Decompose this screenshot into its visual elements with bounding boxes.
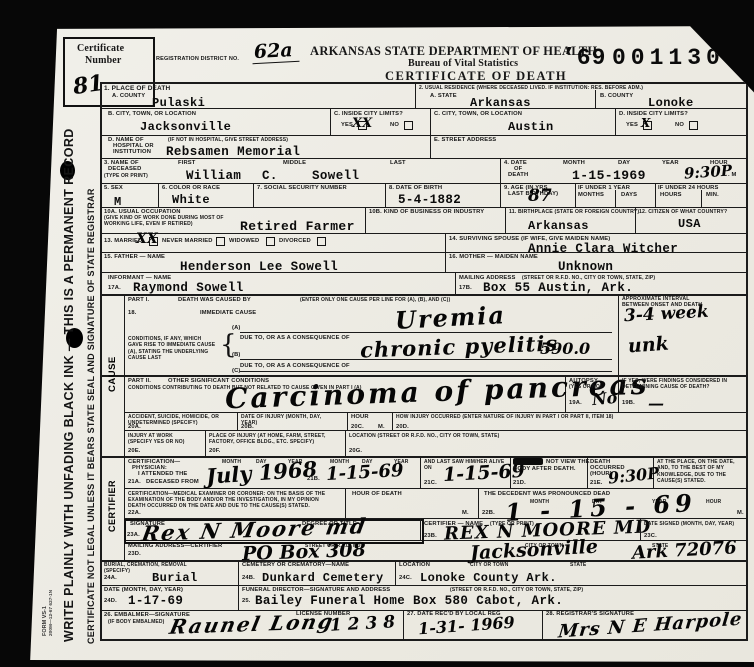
form-border-left (100, 82, 102, 641)
months-label: Months (578, 192, 604, 199)
attestation-text: at the place, on the date, and, to the b… (657, 459, 745, 484)
ssn-label: 7. Social Security Number (257, 185, 347, 192)
cause-line-a-value: Uremia (394, 303, 506, 333)
race-label: 6. Color or Race (162, 185, 220, 192)
widowed-label: Widowed (229, 238, 259, 245)
days-label: Days (621, 192, 637, 199)
last-saw-number: 21C. (424, 480, 437, 487)
margin-not-legal: CERTIFICATE NOT LEGAL UNLESS IT BEARS ST… (86, 188, 96, 644)
stamp-file-number: 001130 (612, 47, 725, 70)
place-limits-no-checkbox (404, 121, 413, 130)
hospital-label-3: Institution (113, 149, 151, 156)
cemetery-value: Dunkard Cemetery (262, 572, 384, 584)
residence-state-value: Arkansas (470, 97, 531, 109)
residence-state-label: A. State (430, 93, 457, 100)
last-name-value: Sowell (312, 170, 359, 183)
first-name-value: William (186, 170, 241, 183)
pronounced-hour-m: M. (737, 510, 744, 517)
burial-location-number: 24C. (399, 575, 412, 582)
hospital-value: Rebsamen Memorial (166, 146, 300, 159)
residence-limits-no-label: NO (675, 122, 684, 129)
certificate-number-label-2: Number (85, 55, 121, 68)
cause-line-b-code: 590.0 (540, 341, 590, 357)
industry-label: 10B. Kind of Business or Industry (369, 209, 484, 216)
citizen-value: USA (678, 218, 701, 230)
injury-hour-label: Hour (351, 414, 369, 421)
father-value: Henderson Lee Sowell (180, 261, 338, 274)
view-label-2: body after death. (513, 466, 576, 473)
pronounced-number: 22B. (482, 510, 495, 517)
residence-limits-yes-mark: X (641, 117, 650, 129)
residence-limits-yes-label: YES (626, 122, 638, 129)
dob-value: 5-4-1882 (398, 194, 461, 207)
part1-label: Part I. (128, 297, 149, 304)
date-signed-number: 23C. (644, 533, 657, 540)
informant-mailing-number: 17B. (459, 285, 472, 292)
registration-district-label: Registration District No. (156, 56, 239, 63)
residence-county-value: Lonoke (648, 97, 694, 109)
dod-month-header: Month (563, 160, 585, 167)
hour-of-death-value: 9:30P (684, 163, 733, 181)
middle-name-value: C. (262, 170, 278, 183)
form-border-right (746, 82, 748, 641)
certification-me-number: 22A. (128, 510, 141, 517)
attended-from-value: July 1968 (205, 458, 317, 487)
certifier-section-side-label: CERTIFIER (107, 480, 117, 532)
burial-type-number: 24A. (104, 575, 117, 582)
spouse-value: Annie Clara Witcher (528, 243, 678, 256)
place-limits-no-label: NO (390, 122, 399, 129)
interval-a-value: 3-4 week (624, 304, 709, 325)
informant-mailing-value: Box 55 Austin, Ark. (483, 282, 633, 295)
hour-of-death-m: M. (462, 510, 469, 517)
place-of-injury-label: Place of Injury (At home, farm, street, … (209, 433, 339, 446)
place-of-injury-number: 20F. (209, 448, 221, 455)
scanned-death-certificate: WRITE PLAINLY WITH UNFADING BLACK INK — … (0, 0, 754, 667)
residence-city-value: Austin (508, 121, 554, 133)
age-value: 87 (528, 188, 552, 205)
mother-value: Unknown (558, 261, 613, 274)
conditions-note: Conditions, if any, which gave rise to i… (128, 336, 216, 361)
dod-year-header: Year (662, 160, 679, 167)
attended-to-value: 1-15-69 (326, 462, 404, 484)
burial-location-state-header: State (570, 562, 586, 568)
widowed-checkbox (266, 237, 275, 246)
deceased-name-note: (Type or print) (104, 173, 148, 179)
stamp-year: ’69 (562, 47, 606, 70)
place-city-value: Jacksonville (140, 121, 231, 133)
funeral-director-value: Bailey Funeral Home Box 580 Cabot, Ark. (255, 595, 563, 608)
birthplace-value: Arkansas (528, 220, 589, 232)
last-name-header: Last (390, 160, 406, 167)
hours-label: Hours (660, 192, 682, 199)
cause-line-c-label: (C) (232, 368, 241, 375)
certificate-number-label-1: Certificate (77, 43, 124, 56)
injury-location-label: Location (Street or R.F.D. No., City or … (349, 433, 609, 439)
view-number: 21D. (513, 480, 526, 487)
funeral-director-number: 25. (242, 598, 251, 605)
certifier-street-value: PO Box 308 (242, 541, 366, 564)
certifier-name-number: 23B. (424, 533, 437, 540)
view-strikethrough-mark (513, 458, 543, 465)
certifier-mailing-number: 23D. (128, 551, 141, 558)
registration-district-value: 62a (251, 41, 299, 64)
injury-date-number: 20B. (241, 424, 254, 431)
birthplace-label: 11. Birthplace (State or foreign country… (509, 209, 639, 216)
funeral-director-note: (Street or R.F.D. No., City or Town, Sta… (450, 587, 583, 593)
divorced-checkbox (317, 237, 326, 246)
injury-hour-number: 20C. (351, 424, 364, 431)
injury-date-label: Date of Injury (Month, Day, Year) (241, 414, 331, 427)
dod-day-header: Day (618, 160, 630, 167)
burial-location-value: Lonoke County Ark. (420, 572, 557, 584)
signature-number: 23A. (127, 532, 140, 539)
form-border-bottom (100, 639, 748, 641)
date-of-death-label-3: Death (508, 172, 528, 179)
burial-date-value: 1-17-69 (128, 595, 183, 608)
place-of-death-section-label: 1. Place of Death (104, 85, 170, 93)
date-of-death-value: 1-15-1969 (572, 169, 646, 182)
father-label: 15. Father — Name (104, 254, 165, 261)
due-to-label-2: Due to, or as a consequence of (240, 363, 350, 370)
how-injury-number: 20D. (396, 424, 409, 431)
how-injury-label: How Injury Occurred (Enter nature of inj… (396, 414, 726, 420)
death-occurred-number: 21E. (590, 480, 603, 487)
autopsy-value: No (591, 390, 618, 408)
sex-value: M (114, 196, 122, 208)
race-value: White (172, 194, 210, 206)
divorced-label: Divorced (279, 238, 311, 245)
dod-m-label: . M (728, 172, 737, 179)
accident-label: Accident, Suicide, Homicide, or Undeterm… (128, 414, 228, 427)
findings-label: If yes, were findings considered in dete… (622, 378, 732, 391)
date-received-value: 1-31- 1969 (418, 615, 516, 638)
first-name-header: First (178, 160, 196, 167)
burial-type-value: Burial (152, 572, 198, 584)
certification-me-line-3: death occurred on the date and due to th… (128, 503, 310, 509)
certifier-mailing-label: Mailing Address—Certifier (128, 543, 222, 550)
residence-limits-label: D. Inside City Limits? (619, 111, 688, 118)
cemetery-label: Cemetery or Crematory—Name (242, 562, 349, 569)
cemetery-number: 24B. (242, 575, 255, 582)
informant-value: Raymond Sowell (133, 282, 244, 295)
place-county-label: A. County (112, 93, 145, 100)
margin-form-print-run: 200M—12-67 627-1N (49, 590, 54, 636)
place-city-label: B. City, Town, or Location (108, 111, 196, 118)
due-to-label-1: Due to, or as a consequence of (240, 335, 350, 342)
residence-city-label: C. City, Town, or Location (434, 111, 522, 118)
date-signed-label: Date Signed (Month, Day, Year) (644, 521, 744, 527)
accident-number: 20A. (128, 424, 141, 431)
middle-name-header: Middle (283, 160, 306, 167)
place-limits-yes-mark: XX (352, 117, 372, 130)
certificate-paper: WRITE PLAINLY WITH UNFADING BLACK INK — … (28, 8, 754, 662)
findings-number: 19B. (622, 400, 635, 407)
part1-note: (Enter only one cause per line for (A), … (300, 297, 450, 303)
informant-number: 17A. (108, 285, 121, 292)
license-number-value: 1 2 3 8 (330, 614, 396, 634)
injury-location-number: 20G. (349, 448, 362, 455)
immediate-cause-number: 18. (128, 310, 137, 317)
burial-date-number: 24D. (104, 598, 117, 605)
residence-section-label: 2. Usual Residence (Where deceased lived… (419, 85, 643, 91)
occupation-value: Retired Farmer (240, 220, 355, 233)
injury-at-work-number: 20E. (128, 448, 141, 455)
attended-to-number: 21B. (307, 476, 320, 483)
never-married-label: Never Married (162, 238, 213, 245)
citizen-label: 12. Citizen of What Country? (639, 209, 727, 216)
mother-label: 16. Mother — Maiden Name (449, 254, 538, 261)
embalmer-note: (If body embalmed) (108, 619, 165, 625)
burial-location-city-header: City or Town (470, 562, 509, 568)
part1-heading: Death Was Caused By (178, 297, 251, 304)
hospital-note: (If not in hospital, give street address… (168, 137, 288, 143)
injury-hour-m: M. (378, 424, 385, 431)
hour-of-death-label: Hour of Death (352, 491, 402, 498)
occupation-note: (Give kind of work done during most of w… (104, 215, 224, 228)
autopsy-number: 19A. (569, 400, 582, 407)
injury-at-work-label: Injury at Work (Specify yes or no) (128, 433, 198, 446)
street-address-label: E. Street Address (434, 137, 496, 144)
residence-limits-no-checkbox (689, 121, 698, 130)
place-county-value: Pulaski (152, 97, 205, 109)
never-married-checkbox (216, 237, 225, 246)
married-mark: XX (136, 232, 158, 246)
cause-line-b-value: chronic pyelitis (360, 333, 559, 361)
cause-section-side-label: CAUSE (107, 356, 118, 392)
residence-county-label: B. County (600, 93, 633, 100)
sex-label: 5. Sex (104, 185, 123, 192)
burial-location-label: Location (399, 562, 430, 569)
certification-physician-label-3: I attended the (138, 471, 187, 478)
min-label: Min. (706, 192, 719, 199)
attended-label: Deceased from (146, 479, 199, 486)
margin-form-number: FORM VS-1 (42, 606, 48, 636)
attended-number: 21A. (128, 479, 141, 486)
dob-label: 8. Date of Birth (389, 185, 442, 192)
interval-b-value: unk (627, 335, 669, 357)
findings-mark: — (648, 396, 664, 412)
margin-write-plainly: WRITE PLAINLY WITH UNFADING BLACK INK — … (62, 128, 76, 642)
pronounced-hour-header: Hour (706, 499, 721, 505)
immediate-cause-label: Immediate Cause (200, 310, 256, 317)
